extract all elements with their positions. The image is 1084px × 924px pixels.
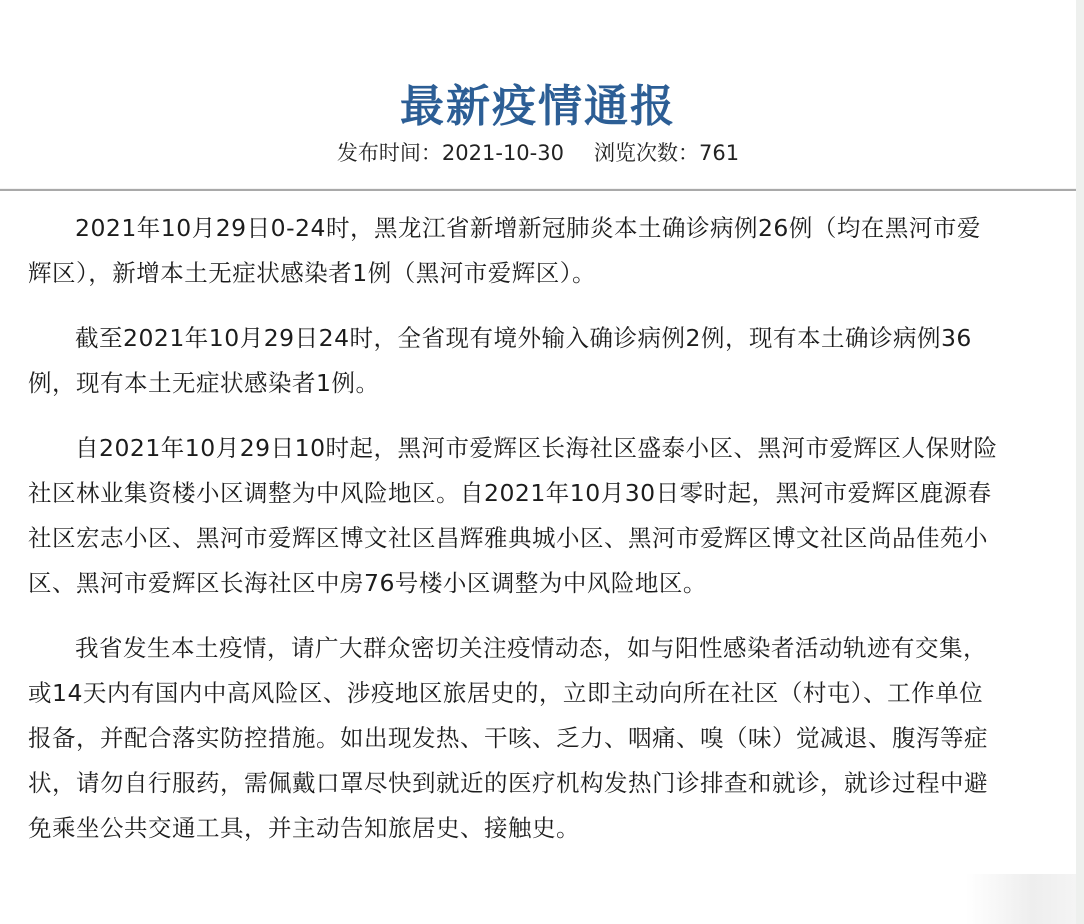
article-meta: 发布时间：2021-10-30浏览次数：761 bbox=[0, 138, 1076, 168]
paragraph-current-cases: 截至2021年10月29日24时，全省现有境外输入确诊病例2例，现有本土确诊病例… bbox=[28, 316, 998, 406]
paragraph-risk-areas: 自2021年10月29日10时起，黑河市爱辉区长海社区盛泰小区、黑河市爱辉区人保… bbox=[28, 426, 998, 606]
article-title: 最新疫情通报 bbox=[0, 77, 1076, 137]
view-count: 761 bbox=[699, 141, 739, 165]
watermark-overlay bbox=[966, 874, 1076, 924]
paragraph-public-advice: 我省发生本土疫情，请广大群众密切关注疫情动态，如与阳性感染者活动轨迹有交集，或1… bbox=[28, 626, 998, 851]
article-body: 2021年10月29日0-24时，黑龙江省新增新冠肺炎本土确诊病例26例（均在黑… bbox=[28, 206, 998, 871]
publish-time-label: 发布时间： bbox=[337, 141, 442, 165]
scrollbar-track[interactable] bbox=[1076, 0, 1084, 924]
publish-date: 2021-10-30 bbox=[442, 141, 564, 165]
article-page: 最新疫情通报 发布时间：2021-10-30浏览次数：761 2021年10月2… bbox=[0, 0, 1076, 924]
header-divider bbox=[0, 188, 1076, 191]
paragraph-new-cases: 2021年10月29日0-24时，黑龙江省新增新冠肺炎本土确诊病例26例（均在黑… bbox=[28, 206, 998, 296]
view-count-label: 浏览次数： bbox=[594, 141, 699, 165]
